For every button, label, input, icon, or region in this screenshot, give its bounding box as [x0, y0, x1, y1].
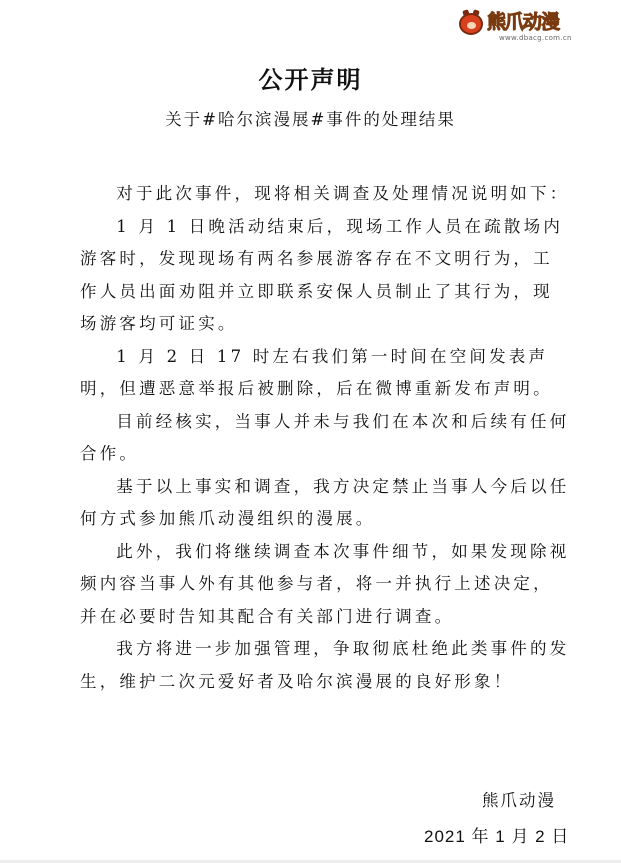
paragraph: 我方将进一步加强管理，争取彻底杜绝此类事件的发生，维护二次元爱好者及哈尔滨漫展的… — [80, 633, 570, 698]
page-title: 公开声明 — [0, 60, 621, 95]
brand-url: www.dbacg.com.cn — [499, 34, 572, 42]
paragraph: 目前经核实，当事人并未与我们在本次和后续有任何合作。 — [80, 406, 570, 471]
date: 2021 年 1 月 2 日 — [424, 822, 569, 847]
page-subtitle: 关于#哈尔滨漫展#事件的处理结果 — [0, 106, 621, 130]
paw-icon — [459, 13, 483, 35]
statement-body: 对于此次事件，现将相关调查及处理情况说明如下： 1 月 1 日晚活动结束后，现场… — [80, 178, 570, 698]
paragraph: 此外，我们将继续调查本次事件细节，如果发现除视频内容当事人外有其他参与者，将一并… — [80, 536, 570, 634]
paragraph: 基于以上事实和调查，我方决定禁止当事人今后以任何方式参加熊爪动漫组织的漫展。 — [80, 471, 570, 536]
brand-name: 熊爪动漫 — [487, 11, 559, 33]
paragraph: 对于此次事件，现将相关调查及处理情况说明如下： — [80, 178, 570, 211]
paragraph: 1 月 2 日 17 时左右我们第一时间在空间发表声明，但遭恶意举报后被删除，后… — [80, 341, 570, 406]
signer: 熊爪动漫 — [482, 787, 556, 811]
paragraph: 1 月 1 日晚活动结束后，现场工作人员在疏散场内游客时，发现现场有两名参展游客… — [80, 211, 570, 341]
brand-logo: 熊爪动漫 www.dbacg.com.cn — [459, 9, 579, 43]
